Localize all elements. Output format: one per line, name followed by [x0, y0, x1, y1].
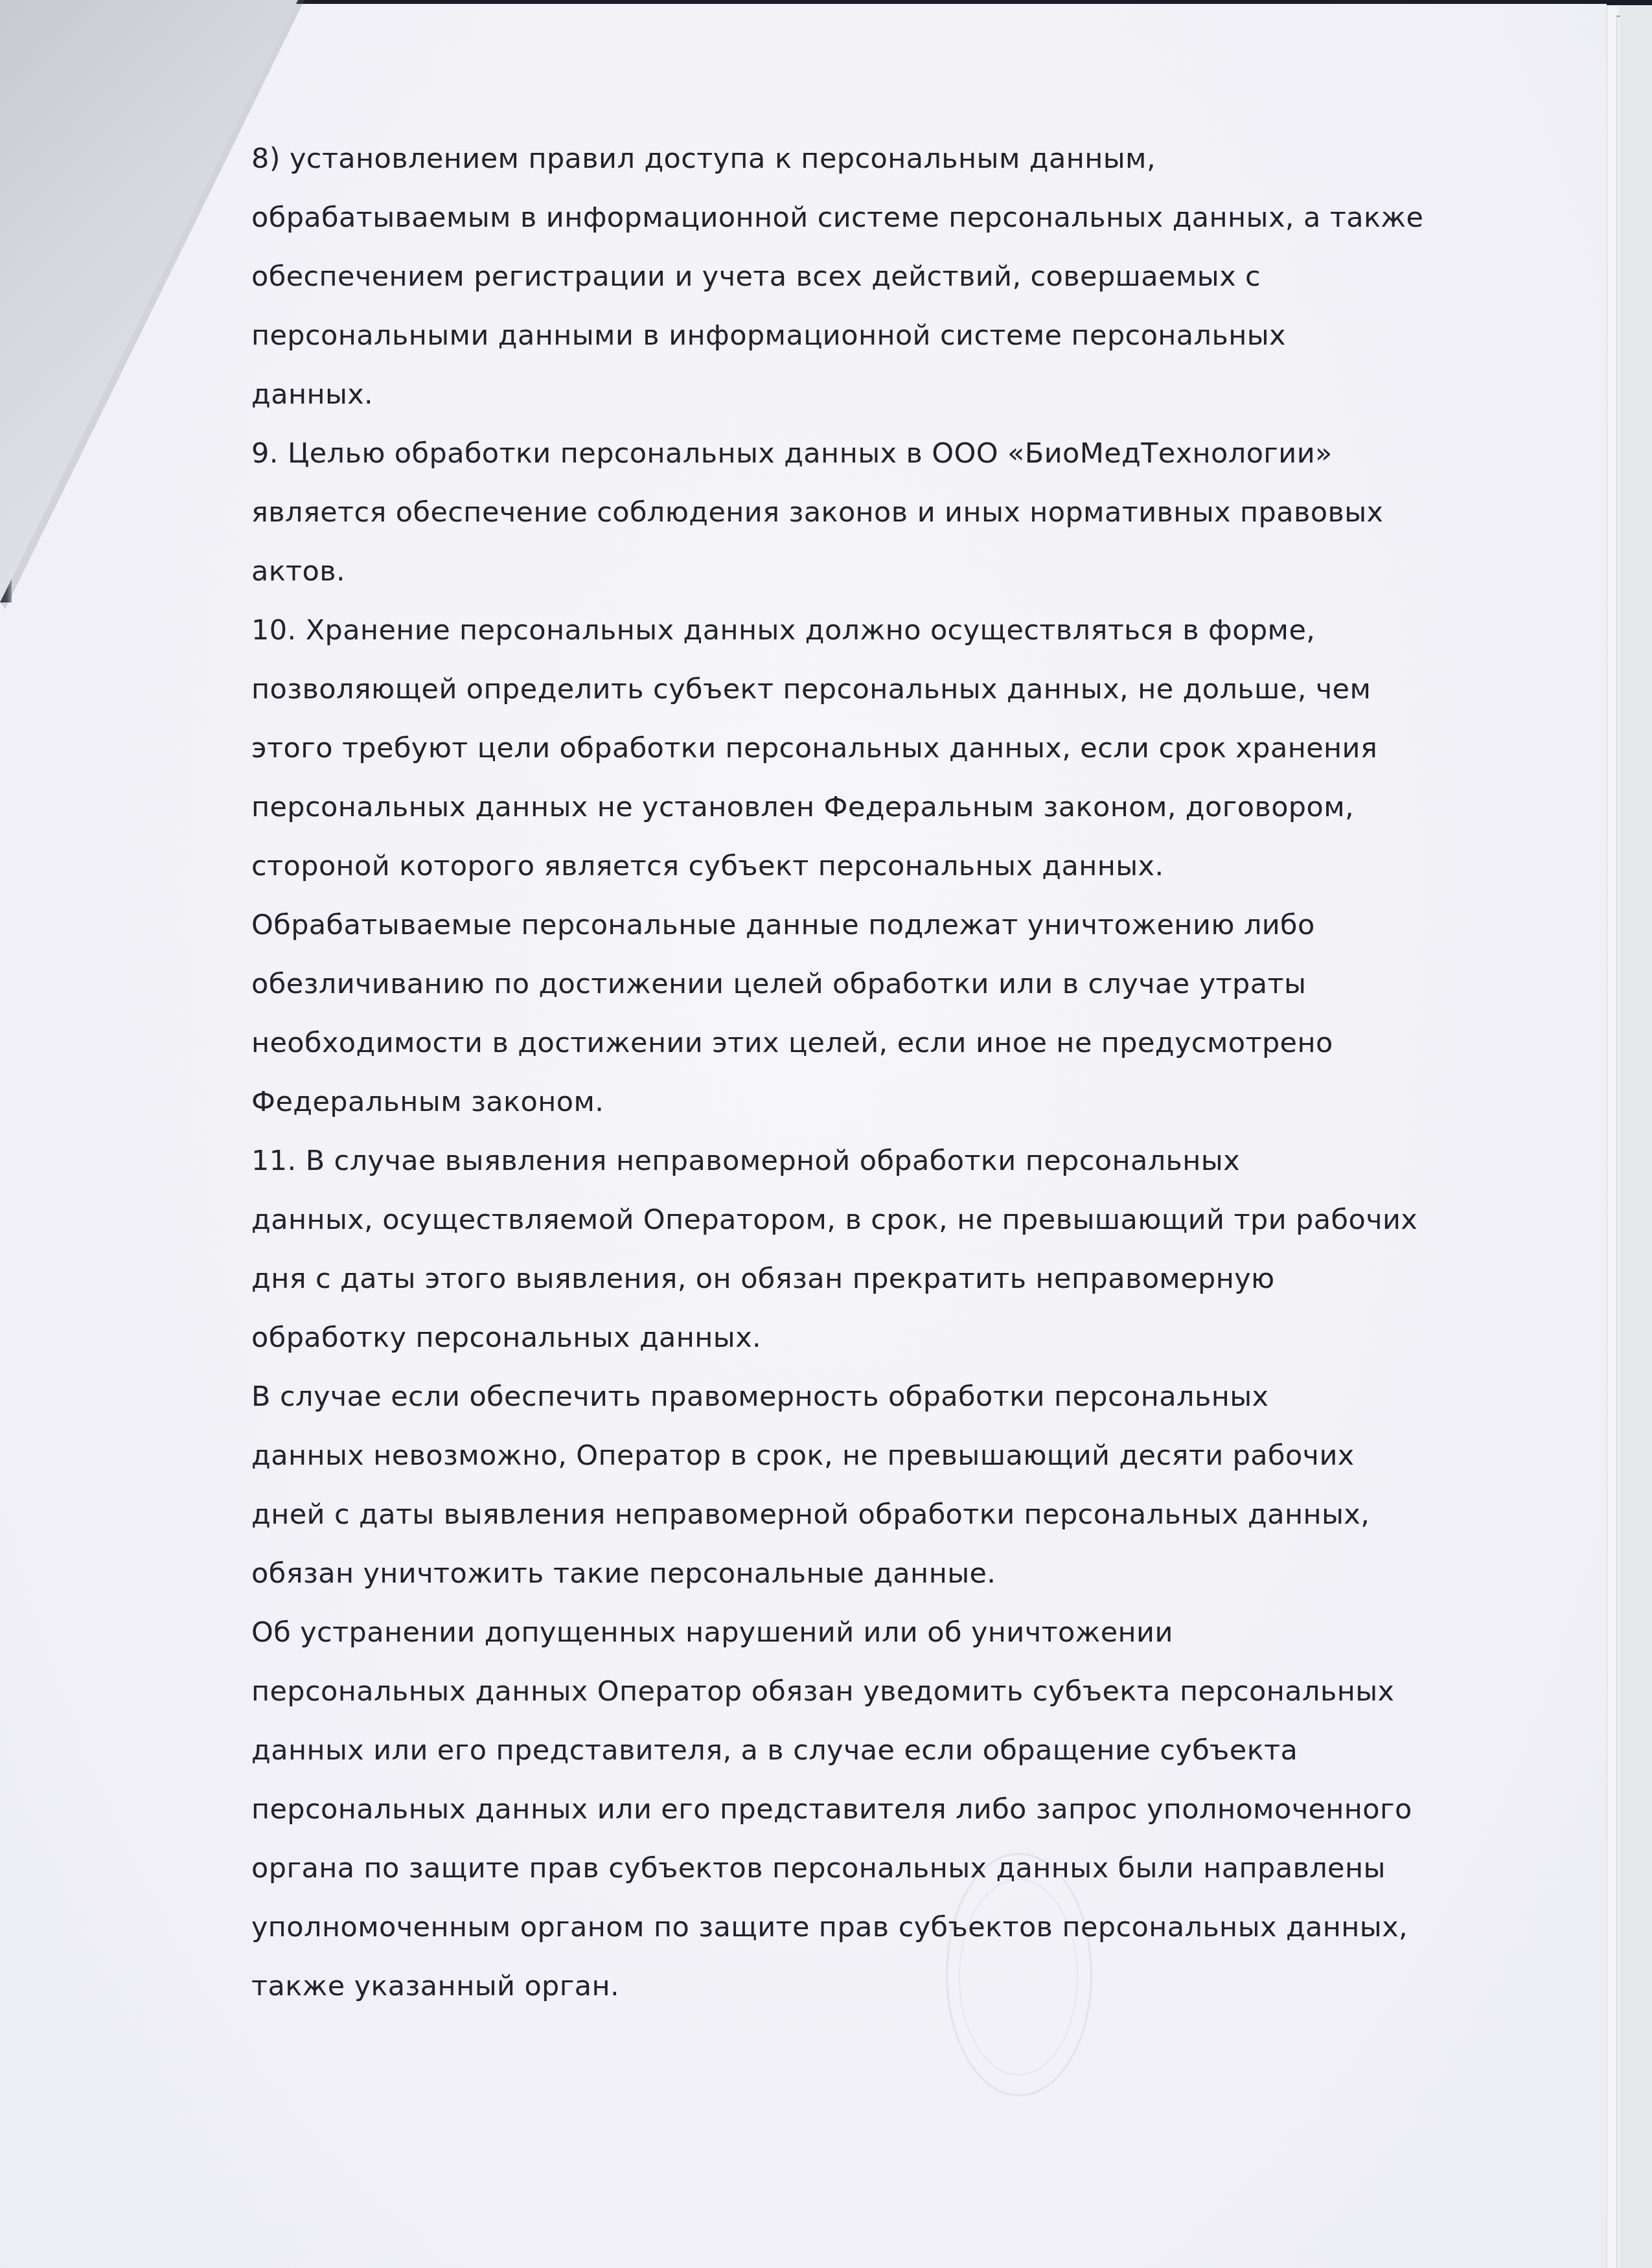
- text-line: Об устранении допущенных нарушений или о…: [251, 1603, 1612, 1662]
- text-line: персональных данных Оператор обязан увед…: [251, 1662, 1612, 1721]
- text-line: органа по защите прав субъектов персонал…: [251, 1839, 1612, 1898]
- text-line: В случае если обеспечить правомерность о…: [251, 1368, 1612, 1426]
- text-line: Федеральным законом.: [251, 1073, 1612, 1132]
- text-line: дня с даты этого выявления, он обязан пр…: [251, 1250, 1612, 1309]
- text-line: стороной которого является субъект персо…: [251, 837, 1612, 896]
- text-line: 10. Хранение персональных данных должно …: [251, 601, 1612, 660]
- text-line: дней с даты выявления неправомерной обра…: [251, 1485, 1612, 1544]
- text-line: позволяющей определить субъект персональ…: [251, 660, 1612, 719]
- text-line: уполномоченным органом по защите прав су…: [251, 1898, 1612, 1957]
- text-line: данных.: [251, 365, 1612, 424]
- text-line: персональными данными в информационной с…: [251, 306, 1612, 365]
- text-line: 8) установлением правил доступа к персон…: [251, 130, 1612, 189]
- text-line: актов.: [251, 542, 1612, 601]
- text-line: необходимости в достижении этих целей, е…: [251, 1014, 1612, 1073]
- text-line: обязан уничтожить такие персональные дан…: [251, 1544, 1612, 1603]
- text-line: данных невозможно, Оператор в срок, не п…: [251, 1426, 1612, 1485]
- text-line: данных или его представителя, а в случае…: [251, 1721, 1612, 1780]
- text-line: этого требуют цели обработки персональны…: [251, 719, 1612, 778]
- text-line: обработку персональных данных.: [251, 1309, 1612, 1368]
- text-line: персональных данных не установлен Федера…: [251, 778, 1612, 837]
- text-line: обрабатываемым в информационной системе …: [251, 189, 1612, 247]
- underlying-page-edge-2: [1616, 16, 1620, 2268]
- document-body: 8) установлением правил доступа к персон…: [251, 130, 1612, 2016]
- text-line: 9. Целью обработки персональных данных в…: [251, 424, 1612, 483]
- text-line: Обрабатываемые персональные данные подле…: [251, 896, 1612, 955]
- scanner-backdrop: [1620, 5, 1652, 2268]
- text-line: 11. В случае выявления неправомерной обр…: [251, 1132, 1612, 1191]
- text-line: обезличиванию по достижении целей обрабо…: [251, 955, 1612, 1014]
- text-line: является обеспечение соблюдения законов …: [251, 483, 1612, 542]
- text-line: обеспечением регистрации и учета всех де…: [251, 247, 1612, 306]
- text-line: данных, осуществляемой Оператором, в сро…: [251, 1191, 1612, 1250]
- text-line: персональных данных или его представител…: [251, 1780, 1612, 1839]
- text-line: также указанный орган.: [251, 1957, 1612, 2016]
